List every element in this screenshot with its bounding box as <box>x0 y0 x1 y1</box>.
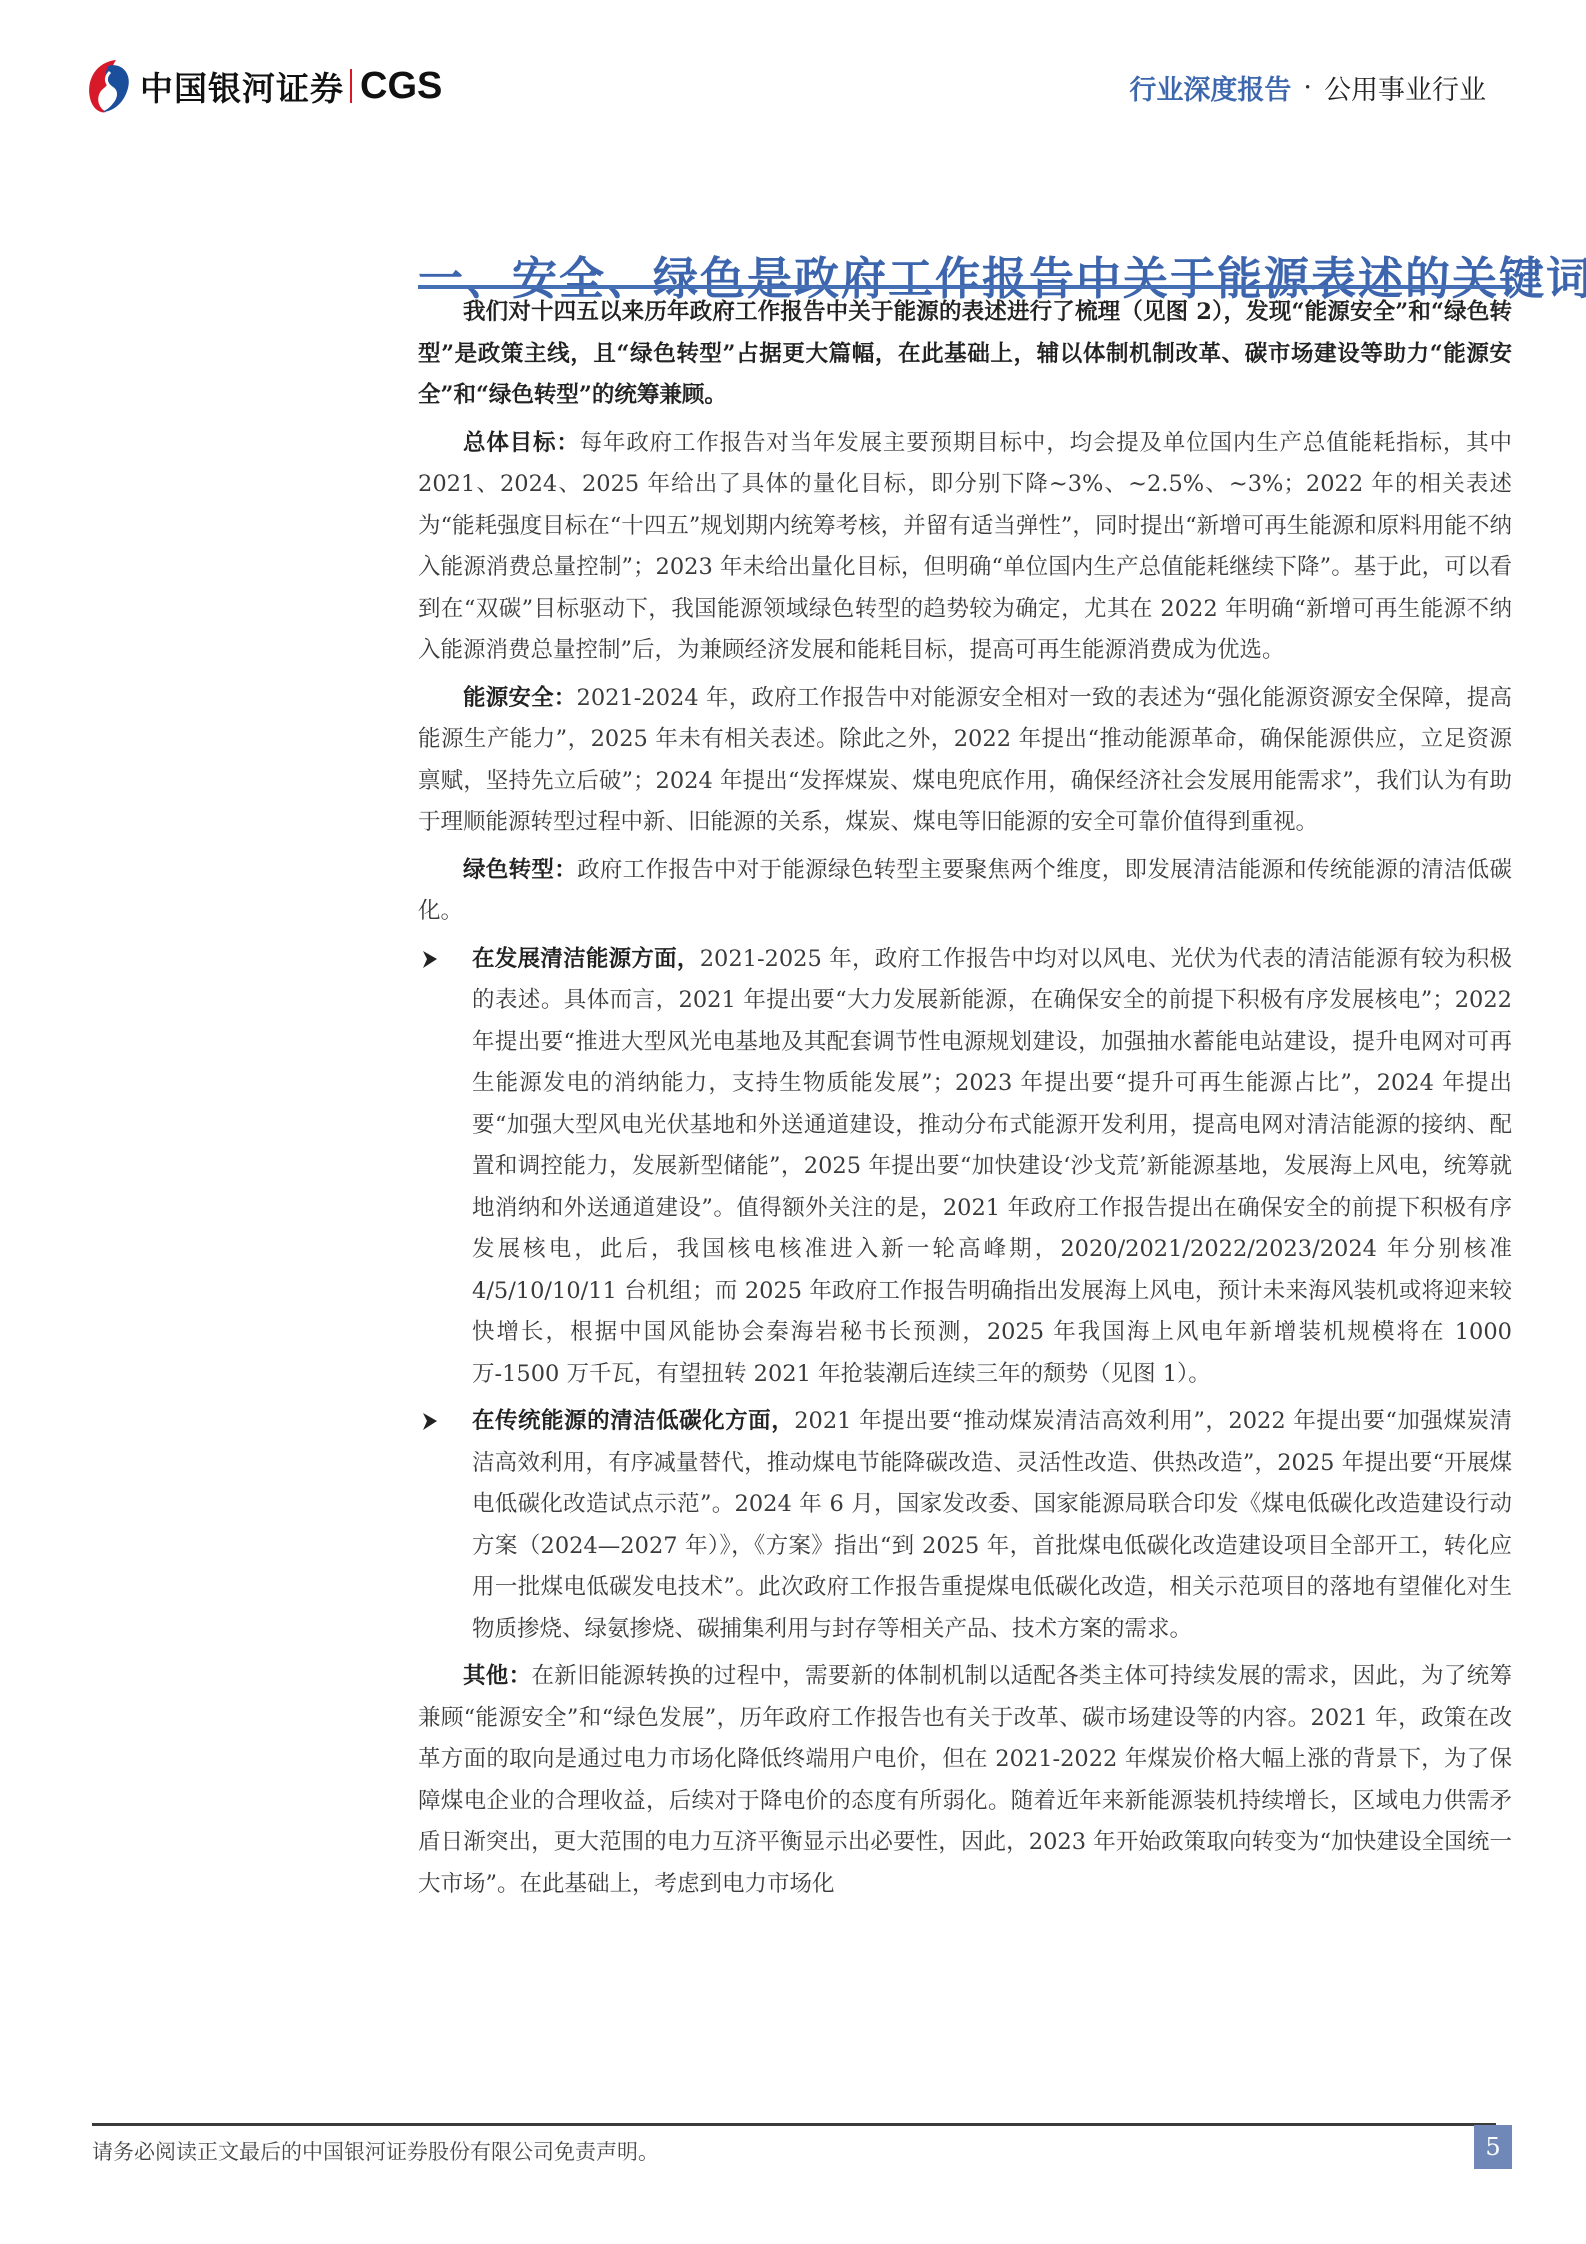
report-type: 行业深度报告 <box>1129 68 1291 107</box>
logo-divider <box>350 69 352 103</box>
other-paragraph: 其他：在新旧能源转换的过程中，需要新的体制机制以适配各类主体可持续发展的需求，因… <box>418 1656 1512 1905</box>
footer-divider <box>92 2123 1496 2126</box>
company-logo: 中国银河证券 CGS <box>86 58 442 114</box>
green-transition-paragraph: 绿色转型：政府工作报告中对于能源绿色转型主要聚焦两个维度，即发展清洁能源和传统能… <box>418 850 1512 933</box>
green-transition-label: 绿色转型： <box>463 857 577 883</box>
header-separator: · <box>1303 72 1312 103</box>
galaxy-logo-icon <box>86 58 132 114</box>
bullet-label: 在发展清洁能源方面， <box>472 946 700 972</box>
bullet-label: 在传统能源的清洁低碳化方面， <box>472 1408 794 1434</box>
list-item: 在传统能源的清洁低碳化方面，2021 年提出要“推动煤炭清洁高效利用”，2022… <box>418 1401 1512 1650</box>
footer-disclaimer: 请务必阅读正文最后的中国银河证券股份有限公司免责声明。 <box>92 2136 659 2166</box>
arrow-bullet-icon <box>418 1401 442 1442</box>
energy-security-paragraph: 能源安全：2021-2024 年，政府工作报告中对能源安全相对一致的表述为“强化… <box>418 678 1512 844</box>
logo-english-name: CGS <box>360 65 442 108</box>
page-header: 中国银河证券 CGS 行业深度报告 · 公用事业行业 <box>0 0 1586 140</box>
bullet-text: 2021 年提出要“推动煤炭清洁高效利用”，2022 年提出要“加强煤炭清洁高效… <box>472 1408 1512 1642</box>
other-text: 在新旧能源转换的过程中，需要新的体制机制以适配各类主体可持续发展的需求，因此，为… <box>418 1663 1512 1897</box>
logo-chinese-name: 中国银河证券 <box>140 63 344 110</box>
green-transition-text: 政府工作报告中对于能源绿色转型主要聚焦两个维度，即发展清洁能源和传统能源的清洁低… <box>418 857 1512 925</box>
overall-target-label: 总体目标： <box>463 430 580 456</box>
arrow-bullet-icon <box>418 939 442 980</box>
report-category: 行业深度报告 · 公用事业行业 <box>1129 68 1486 107</box>
overall-target-paragraph: 总体目标：每年政府工作报告对当年发展主要预期目标中，均会提及单位国内生产总值能耗… <box>418 423 1512 672</box>
page-number-badge: 5 <box>1474 2125 1512 2169</box>
intro-paragraph: 我们对十四五以来历年政府工作报告中关于能源的表述进行了梳理（见图 2），发现“能… <box>418 292 1512 417</box>
main-content: 我们对十四五以来历年政府工作报告中关于能源的表述进行了梳理（见图 2），发现“能… <box>418 292 1512 1911</box>
overall-target-text: 每年政府工作报告对当年发展主要预期目标中，均会提及单位国内生产总值能耗指标，其中… <box>418 430 1512 664</box>
other-label: 其他： <box>463 1663 531 1689</box>
list-item: 在发展清洁能源方面，2021-2025 年，政府工作报告中均对以风电、光伏为代表… <box>418 939 1512 1396</box>
industry-name: 公用事业行业 <box>1324 68 1486 107</box>
bullet-text: 2021-2025 年，政府工作报告中均对以风电、光伏为代表的清洁能源有较为积极… <box>472 946 1512 1387</box>
title-divider <box>418 285 1512 289</box>
energy-security-text: 2021-2024 年，政府工作报告中对能源安全相对一致的表述为“强化能源资源安… <box>418 685 1512 836</box>
energy-security-label: 能源安全： <box>463 685 577 711</box>
